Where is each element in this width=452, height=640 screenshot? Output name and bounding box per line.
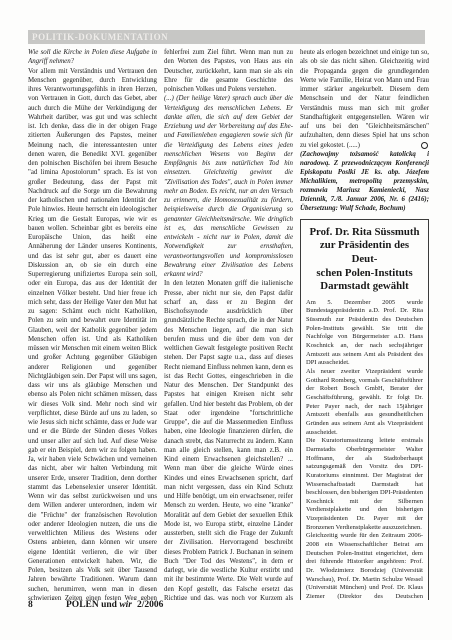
- source-attribution: (Zachowajmy tożsamość katolicką i narodo…: [300, 150, 429, 213]
- page-footer: 8 POLEN und wir 2/2006: [28, 600, 428, 610]
- interview-question: Wie soll die Kirche in Polen diese Aufga…: [28, 48, 157, 67]
- column-3: heute als erlogen bezeichnet und einige …: [300, 48, 429, 600]
- journal-title-wir: wir: [119, 600, 132, 610]
- section-title: POLITIK-DOKUMENTATION: [28, 32, 168, 42]
- article-box-body: Am 5. Dezember 2005 wurde Bundestagspräs…: [306, 299, 423, 600]
- column-1-body: Vor allem mit Verständnis und Vertrauen …: [28, 67, 157, 601]
- end-of-article-icon: [421, 142, 428, 149]
- article-box-paragraph-4: Gleichzeitig wurde für den Zeitraum 2006…: [306, 532, 423, 600]
- article-box: Prof. Dr. Rita Süssmuth zur Präsidentin …: [300, 219, 429, 600]
- column-3-paragraph-1-text: heute als erlogen bezeichnet und einige …: [300, 49, 429, 149]
- column-2-paragraph-1: fehlerfrei zum Ziel führt. Wenn man nun …: [164, 48, 293, 94]
- journal-title: POLEN und: [66, 600, 117, 610]
- issue-number: 2/2006: [137, 600, 163, 610]
- article-box-paragraph-1: Am 5. Dezember 2005 wurde Bundestagspräs…: [306, 299, 423, 368]
- column-1: Wie soll die Kirche in Polen diese Aufga…: [28, 48, 157, 600]
- article-box-paragraph-3: Die Kuratoriumssitzung leitete erstmals …: [306, 437, 423, 532]
- article-box-title: Prof. Dr. Rita Süssmuth zur Präsidentin …: [306, 226, 423, 294]
- column-2: fehlerfrei zum Ziel führt. Wenn man nun …: [164, 48, 293, 600]
- section-header-bar: POLITIK-DOKUMENTATION: [28, 30, 425, 44]
- magazine-page: POLITIK-DOKUMENTATION Wie soll die Kirch…: [28, 0, 428, 640]
- text-columns: Wie soll die Kirche in Polen diese Aufga…: [28, 48, 428, 600]
- column-2-italic-quote: (...) (Der heilige Vater) sprach auch üb…: [164, 94, 293, 279]
- page-number: 8: [28, 600, 66, 610]
- column-3-paragraph-1: heute als erlogen bezeichnet und einige …: [300, 48, 429, 150]
- article-box-paragraph-2: Als neuer zweiter Vizepräsident wurde Go…: [306, 368, 423, 437]
- column-2-paragraph-2: In den letzten Monaten griff die italien…: [164, 279, 293, 600]
